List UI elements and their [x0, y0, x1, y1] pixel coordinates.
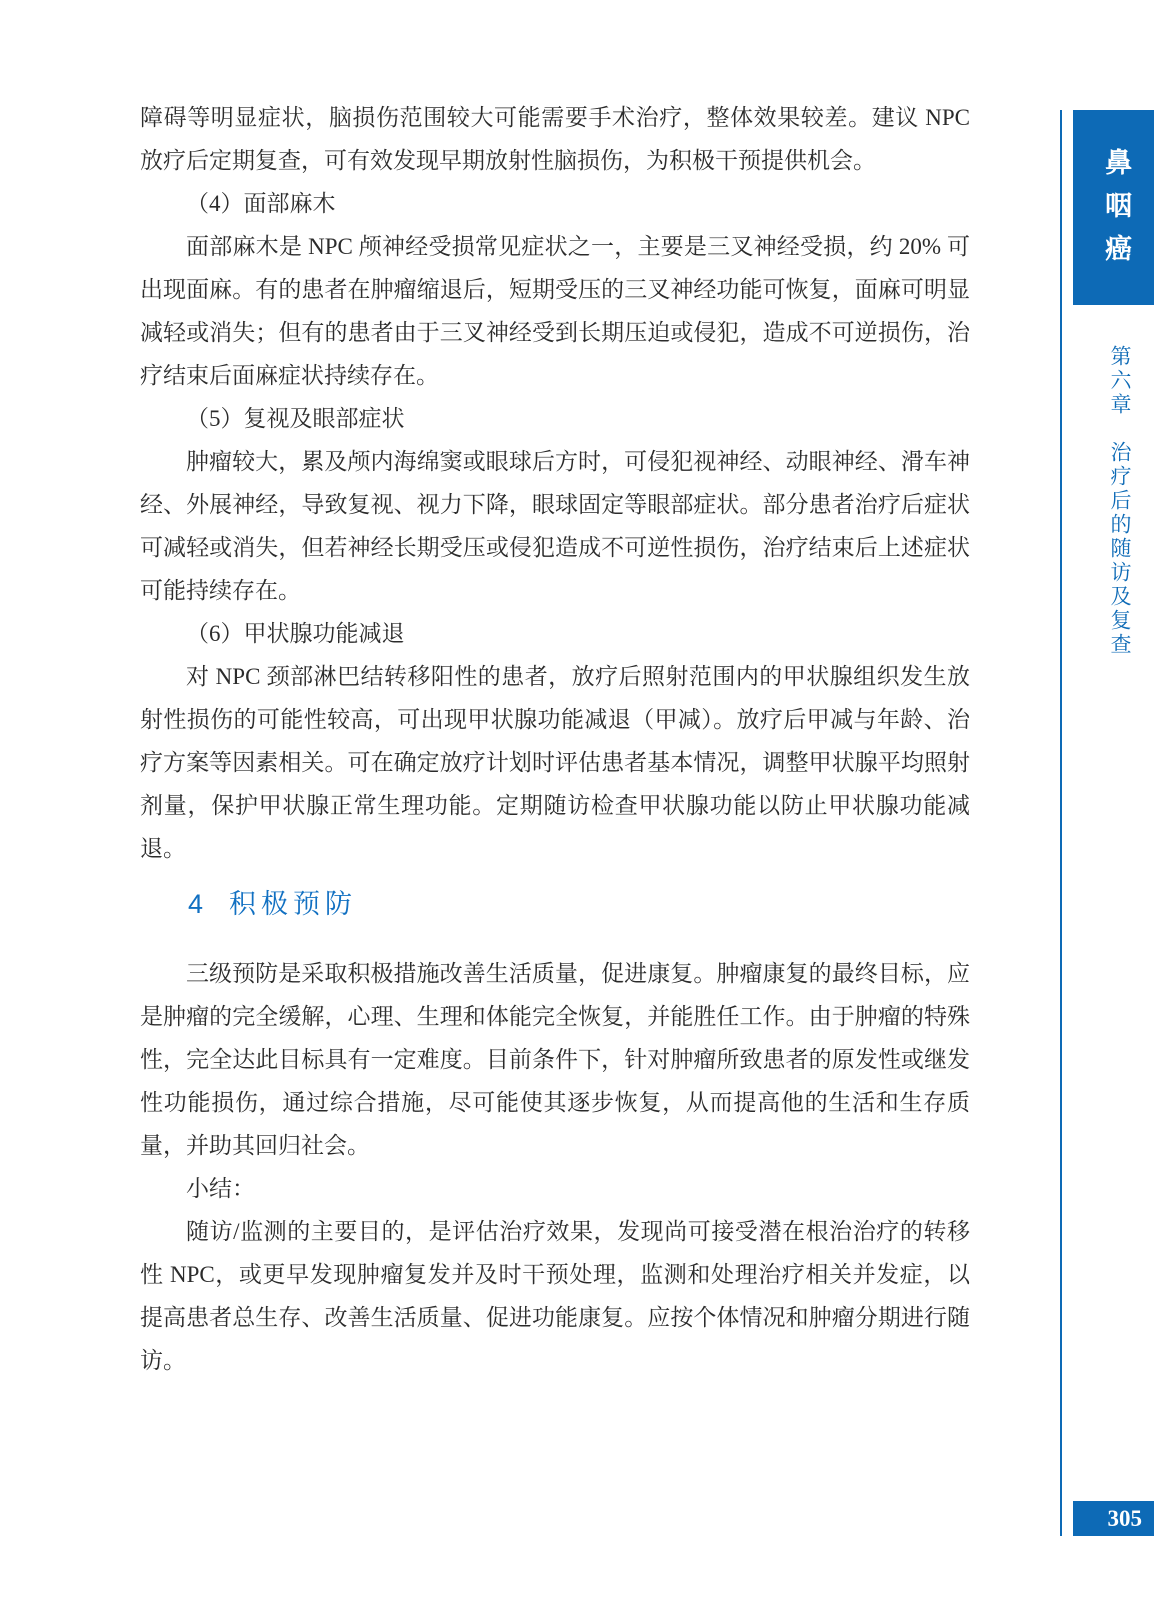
section-title: 积极预防	[229, 889, 357, 919]
sub-item-heading-4: （4）面部麻木	[140, 182, 970, 225]
book-title-vertical-text: 鼻咽癌	[1097, 148, 1136, 277]
body-paragraph: 对 NPC 颈部淋巴结转移阳性的患者，放疗后照射范围内的甲状腺组织发生放射性损伤…	[140, 655, 970, 870]
body-paragraph: 三级预防是采取积极措施改善生活质量，促进康复。肿瘤康复的最终目标，应是肿瘤的完全…	[140, 952, 970, 1167]
main-text-column: 障碍等明显症状，脑损伤范围较大可能需要手术治疗，整体效果较差。建议 NPC 放疗…	[140, 96, 970, 1382]
section-number: 4	[188, 889, 203, 919]
chapter-title-vertical-text: 第六章 治疗后的随访及复查	[1108, 345, 1132, 657]
sidebar-vertical-rule	[1060, 110, 1062, 1536]
sub-item-heading-6: （6）甲状腺功能减退	[140, 612, 970, 655]
body-paragraph: 肿瘤较大，累及颅内海绵窦或眼球后方时，可侵犯视神经、动眼神经、滑车神经、外展神经…	[140, 440, 970, 612]
sub-item-heading-5: （5）复视及眼部症状	[140, 397, 970, 440]
page-number-badge: 305	[1073, 1501, 1154, 1536]
body-paragraph: 面部麻木是 NPC 颅神经受损常见症状之一，主要是三叉神经受损，约 20% 可出…	[140, 225, 970, 397]
summary-label: 小结：	[140, 1167, 970, 1210]
body-paragraph: 随访/监测的主要目的，是评估治疗效果，发现尚可接受潜在根治治疗的转移性 NPC，…	[140, 1210, 970, 1382]
book-page: 障碍等明显症状，脑损伤范围较大可能需要手术治疗，整体效果较差。建议 NPC 放疗…	[0, 0, 1154, 1607]
body-paragraph-continuation: 障碍等明显症状，脑损伤范围较大可能需要手术治疗，整体效果较差。建议 NPC 放疗…	[140, 96, 970, 182]
book-title-tab: 鼻咽癌	[1073, 110, 1154, 305]
section-heading: 4积极预防	[140, 884, 970, 924]
